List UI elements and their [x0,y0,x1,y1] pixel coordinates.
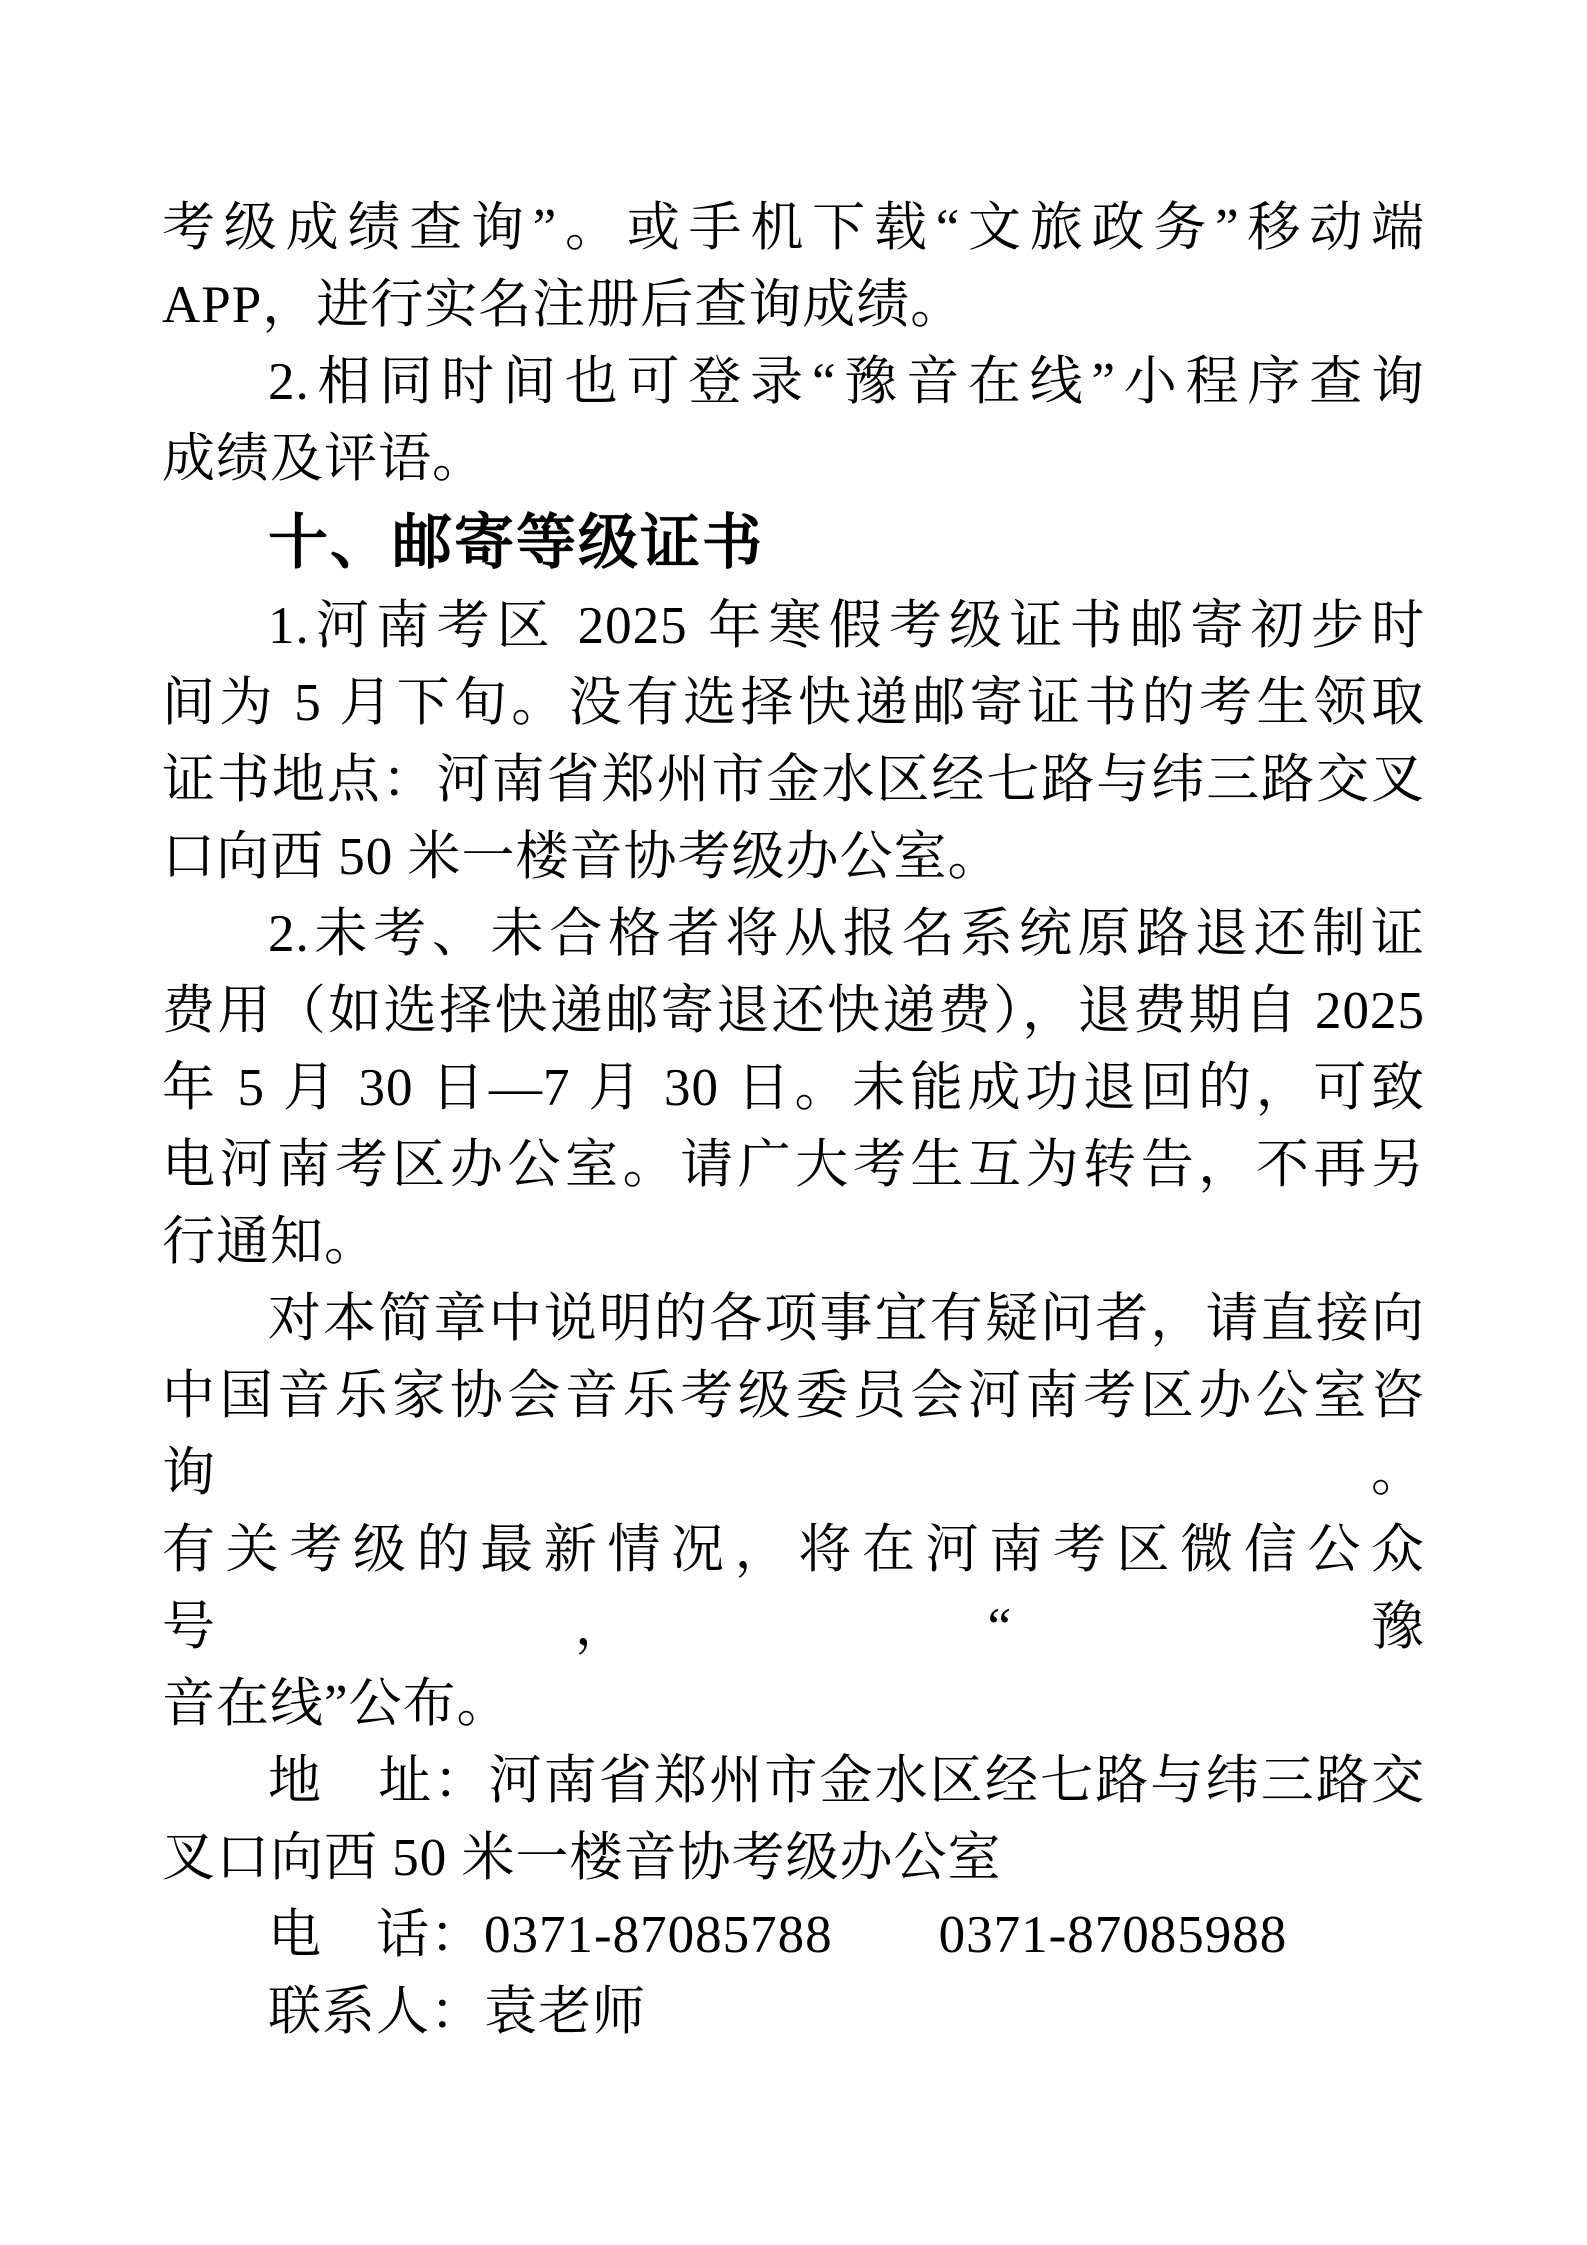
text-line: 行通知。 [162,1204,1425,1281]
text-line: 2.未考、未合格者将从报名系统原路退还制证 [162,896,1425,973]
address-line: 地 址：河南省郑州市金水区经七路与纬三路交 [162,1743,1425,1820]
document-page: 考级成绩查询”。或手机下载“文旅政务”移动端 APP，进行实名注册后查询成绩。 … [0,0,1587,2245]
phone-number-1: 0371-87085788 [484,1906,833,1964]
text-line: 费用（如选择快递邮寄退还快递费），退费期自 2025 [162,973,1425,1050]
text-line: 间为 5 月下旬。没有选择快递邮寄证书的考生领取 [162,665,1425,742]
contact-person-label: 联系人： [268,1983,484,2041]
text-line: 2.相同时间也可登录“豫音在线”小程序查询 [162,344,1425,421]
text-line: 音在线”公布。 [162,1666,1425,1743]
text-line: 口向西 50 米一楼音协考级办公室。 [162,819,1425,896]
contact-person-line: 联系人：袁老师 [162,1974,1425,2051]
text-line: 有关考级的最新情况，将在河南考区微信公众号，“豫 [162,1512,1425,1666]
text-line: 1.河南考区 2025 年寒假考级证书邮寄初步时 [162,588,1425,665]
contact-person-name: 袁老师 [484,1983,646,2041]
text-line: 证书地点：河南省郑州市金水区经七路与纬三路交叉 [162,742,1425,819]
text-line: 对本简章中说明的各项事宜有疑问者，请直接向 [162,1281,1425,1358]
text-line: 考级成绩查询”。或手机下载“文旅政务”移动端 [162,190,1425,267]
text-line: APP，进行实名注册后查询成绩。 [162,267,1425,344]
phone-label: 电 话： [268,1906,484,1964]
phone-number-2: 0371-87085988 [939,1906,1288,1964]
text-line: 中国音乐家协会音乐考级委员会河南考区办公室咨询。 [162,1358,1425,1512]
text-line: 电河南考区办公室。请广大考生互为转告，不再另 [162,1127,1425,1204]
address-line: 叉口向西 50 米一楼音协考级办公室 [162,1820,1425,1897]
phone-line: 电 话：0371-870857880371-87085988 [162,1897,1425,1974]
text-content: 考级成绩查询”。或手机下载“文旅政务”移动端 APP，进行实名注册后查询成绩。 … [162,190,1425,2051]
text-line: 成绩及评语。 [162,421,1425,498]
text-line: 年 5 月 30 日—7 月 30 日。未能成功退回的，可致 [162,1050,1425,1127]
section-heading: 十、邮寄等级证书 [162,498,1425,588]
